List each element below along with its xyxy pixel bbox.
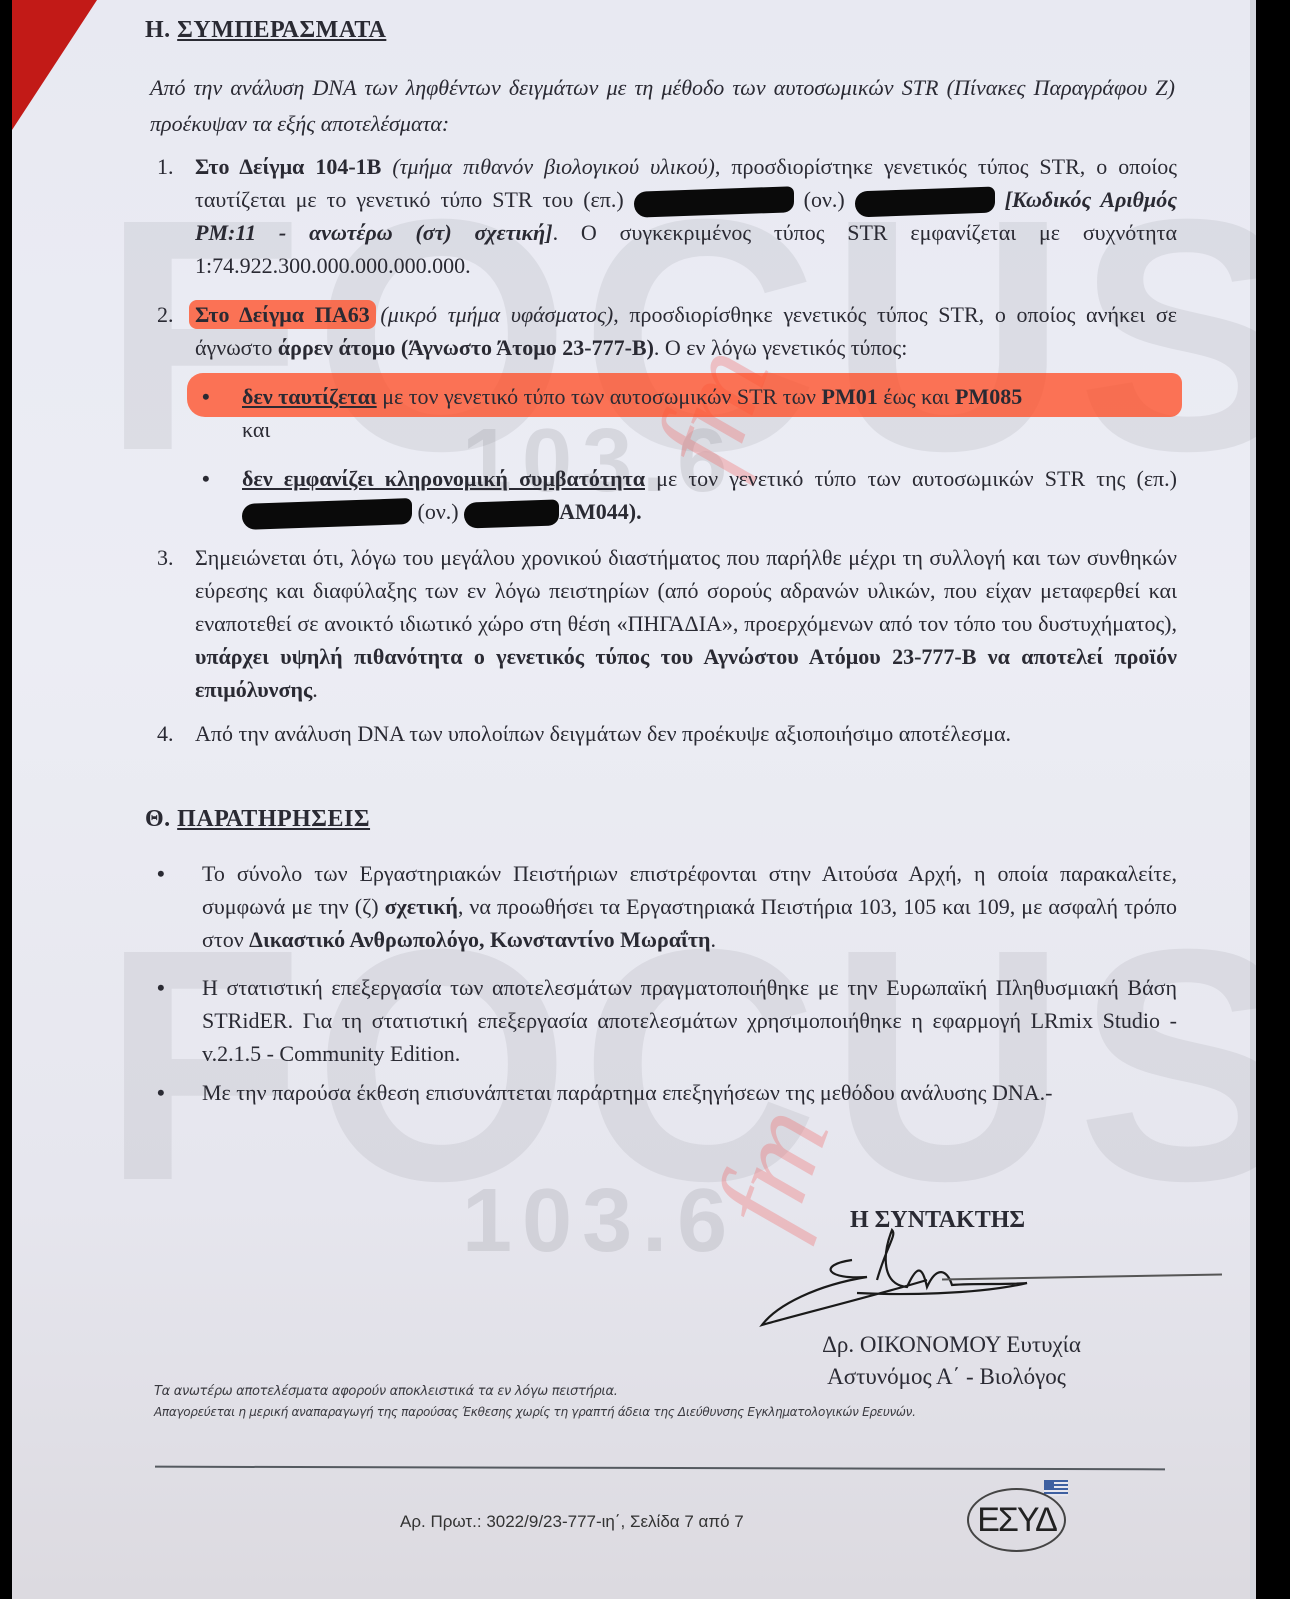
remark-bold-text: σχετική [385, 894, 458, 919]
conclusion-item-2: 2. Στο Δείγμα ΠΑ63 (μικρό τμήμα υφάσματο… [157, 298, 1177, 364]
remark-bullet-2: • Η στατιστική επεξεργασία των αποτελεσμ… [157, 971, 1177, 1070]
remark-bullet-3: • Με την παρούσα έκθεση επισυνάπτεται πα… [157, 1076, 1177, 1109]
bullet-icon: • [157, 1076, 165, 1109]
bullet-icon: • [157, 857, 165, 890]
intro-paragraph: Από την ανάλυση DNA των ληφθέντων δειγμά… [150, 70, 1175, 142]
section-letter: Η. [145, 17, 171, 43]
item-text: . Ο εν λόγω γενετικός τύπος: [654, 335, 907, 360]
item-number: 3. [157, 541, 174, 574]
item-text: Από την ανάλυση DNA των υπολοίπων δειγμά… [195, 721, 1011, 746]
remark-bullet-1: • Το σύνολο των Εργαστηριακών Πειστήριων… [157, 857, 1177, 956]
signatory-name: Δρ. ΟΙΚΟΝΟΜΟΥ Ευτυχία [799, 1332, 1104, 1358]
conclusion-item-1: 1. Στο Δείγμα 104-1Β (τμήμα πιθανόν βιολ… [157, 150, 1177, 282]
bullet-text: και [242, 417, 270, 442]
code-reference: ΡΜ01 [822, 384, 878, 409]
greek-flag-icon [1044, 1480, 1068, 1496]
section-title: ΣΥΜΠΕΡΑΣΜΑΤΑ [177, 17, 386, 43]
item-number: 4. [157, 717, 174, 750]
section-h-heading: Η. ΣΥΜΠΕΡΑΣΜΑΤΑ [145, 17, 386, 44]
conclusion-item-3: 3. Σημειώνεται ότι, λόγω του μεγάλου χρο… [157, 541, 1177, 706]
sample-description: (μικρό τμήμα υφάσματος) [380, 302, 613, 327]
signature-scribble-icon [757, 1225, 1057, 1335]
bullet-lead: δεν ταυτίζεται [242, 384, 377, 409]
unknown-person-id: (Άγνωστο Άτομο 23-777-Β) [401, 335, 654, 360]
bullet-text: (ον.) [418, 499, 459, 524]
section-th-heading: Θ. ΠΑΡΑΤΗΡΗΣΕΙΣ [145, 806, 370, 833]
bullet-lead: δεν εμφανίζει κληρονομική συμβατότητα [242, 466, 645, 491]
bullet-icon: • [202, 462, 210, 495]
item-number: 1. [157, 150, 174, 183]
item-text: (ον.) [804, 187, 845, 212]
remark-text: Η στατιστική επεξεργασία των αποτελεσμάτ… [202, 975, 1177, 1066]
bullet-no-match: • δεν ταυτίζεται με τον γενετικό τύπο τω… [202, 380, 1177, 446]
red-corner-decoration [12, 0, 97, 130]
bullet-text: έως και [883, 384, 949, 409]
document-page: FOCUS FOCUS 103.6 103.6 fm fm Η. ΣΥΜΠΕΡΑ… [12, 0, 1256, 1599]
bullet-text: με τον γενετικό τύπο των αυτοσωμικών STR… [382, 384, 816, 409]
signatory-rank: Αστυνόμος Α΄ - Βιολόγος [809, 1364, 1084, 1390]
item-number: 2. [157, 298, 174, 331]
redaction-block [634, 186, 794, 218]
remark-text: Με την παρούσα έκθεση επισυνάπτεται παρά… [202, 1080, 1052, 1105]
bullet-no-compatibility: • δεν εμφανίζει κληρονομική συμβατότητα … [202, 462, 1177, 528]
conclusion-item-4: 4. Από την ανάλυση DNA των υπολοίπων δει… [157, 717, 1177, 750]
item-bold-text: άρρεν άτομο [278, 335, 395, 360]
page-edge [1250, 0, 1256, 1599]
section-letter: Θ. [145, 806, 171, 832]
disclaimer-note: Απαγορεύεται η μερική αναπαραγωγή της πα… [154, 1405, 916, 1419]
bullet-icon: • [202, 380, 210, 413]
item-text: Σημειώνεται ότι, λόγω του μεγάλου χρονικ… [195, 545, 1177, 636]
document-reference: Αρ. Πρωτ.: 3022/9/23-777-ιη΄, Σελίδα 7 α… [400, 1512, 744, 1532]
section-title: ΠΑΡΑΤΗΡΗΣΕΙΣ [177, 806, 370, 832]
remark-text: . [710, 927, 716, 952]
sample-label-highlighted: Στο Δείγμα ΠΑ63 [189, 300, 376, 329]
item-bold-text: υπάρχει υψηλή πιθανότητα ο γενετικός τύπ… [195, 644, 1177, 702]
sample-description: (τμήμα πιθανόν βιολογικού υλικού) [392, 154, 715, 179]
sample-label: Στο Δείγμα 104-1Β [195, 154, 381, 179]
footer-divider [155, 1466, 1165, 1471]
code-reference: ΑΜ044). [559, 499, 641, 524]
disclaimer-note: Τα ανωτέρω αποτελέσματα αφορούν αποκλεισ… [154, 1384, 618, 1399]
remark-bold-text: Δικαστικό Ανθρωπολόγο, Κωνσταντίνο Μωραΐ… [249, 927, 710, 952]
esyd-logo-icon: ΕΣΥΔ [967, 1488, 1066, 1552]
redaction-block [855, 187, 995, 218]
bullet-icon: • [157, 971, 165, 1004]
bullet-text: με τον γενετικό τύπο των αυτοσωμικών STR… [656, 466, 1177, 491]
redaction-block [464, 499, 559, 528]
item-text: . [312, 677, 318, 702]
code-reference: ΡΜ085 [955, 384, 1022, 409]
redaction-block [242, 498, 412, 530]
